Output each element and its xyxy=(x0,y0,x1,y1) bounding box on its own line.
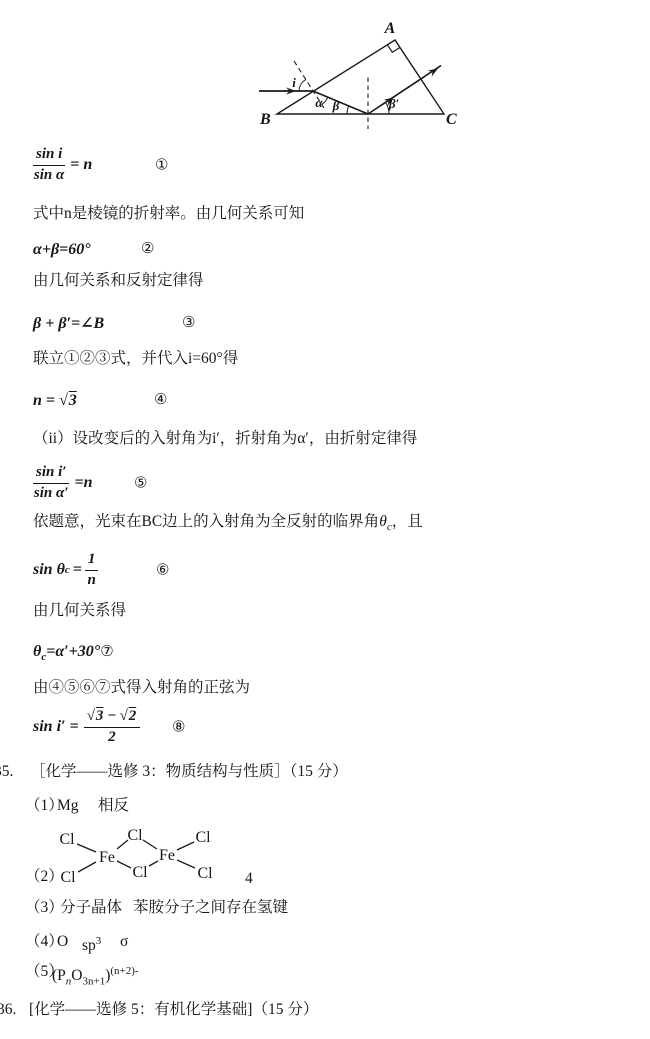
angle-beta-arc xyxy=(347,106,349,114)
bond xyxy=(149,861,158,866)
vertex-label-a: A xyxy=(384,20,396,37)
reflected-ray xyxy=(368,66,441,114)
fraction: √3−√2 2 xyxy=(84,708,141,746)
bond xyxy=(143,840,157,849)
equation-7: θc=α′+30°⑦ xyxy=(33,642,353,667)
atom-cl: Cl xyxy=(59,831,75,848)
bond xyxy=(177,842,194,850)
text-refractive-index: 式中n是棱镜的折射率。由几何关系可知 xyxy=(33,204,304,223)
bond xyxy=(117,861,131,868)
atom-fe: Fe xyxy=(99,849,115,866)
fe2cl6-structure: Cl Cl Cl Fe Fe Cl Cl Cl xyxy=(50,818,265,893)
equation-4: n =√3 ④ xyxy=(33,391,353,410)
atom-cl: Cl xyxy=(195,829,211,846)
text-critical-angle: 依题意，光束在BC边上的入射角为全反射的临界角θc，且 xyxy=(33,512,423,537)
angle-label-beta-prime: β′ xyxy=(388,96,400,111)
document-page: A B C i α β β′ sin i sin α = n ① 式中n是棱镜的… xyxy=(0,0,650,1039)
prism-diagram: A B C i α β β′ xyxy=(245,10,470,138)
equation-3: β + β′=∠B ③ xyxy=(33,314,353,333)
fraction: 1 n xyxy=(85,551,99,589)
equation-tag-2: ② xyxy=(141,240,154,259)
q35-item-2-label: （2） xyxy=(25,867,64,886)
q35-item-2-count: 4 xyxy=(245,869,253,888)
equation-tag-5: ⑤ xyxy=(134,474,147,493)
equation-tag-8: ⑧ xyxy=(172,718,185,737)
bond xyxy=(77,844,96,852)
equation-8: sin i′ = √3−√2 2 ⑧ xyxy=(33,706,353,748)
text-combine-123: 联立①②③式，并代入i=60°得 xyxy=(33,349,238,368)
text-geometry: 由几何关系得 xyxy=(33,601,126,620)
angle-i-arc xyxy=(299,80,306,91)
q35-title: ［化学——选修 3：物质结构与性质］（15 分） xyxy=(30,762,348,781)
fraction: sin i′ sin α′ xyxy=(33,464,69,502)
angle-label-i: i xyxy=(292,75,296,90)
q36-title: [化学——选修 5：有机化学基础]（15 分） xyxy=(29,1000,318,1019)
prism-triangle xyxy=(277,40,444,114)
atom-cl: Cl xyxy=(132,864,148,881)
polyphosphate-formula: (PnO3n+1)(n+2)- xyxy=(52,962,139,991)
text-part-ii: （ii）设改变后的入射角为i′，折射角为α′，由折射定律得 xyxy=(33,429,417,448)
bond xyxy=(177,860,195,868)
vertex-label-b: B xyxy=(259,111,271,128)
text-geometry-reflection: 由几何关系和反射定律得 xyxy=(33,271,204,290)
q35-number: 35. xyxy=(0,762,13,781)
bond xyxy=(78,862,96,872)
sqrt: √3 xyxy=(59,392,78,409)
equation-1: sin i sin α = n ① xyxy=(33,146,353,184)
atom-cl: Cl xyxy=(127,827,143,844)
atom-cl: Cl xyxy=(197,865,213,882)
angle-label-beta: β xyxy=(332,98,340,113)
text-combine-4567: 由④⑤⑥⑦式得入射角的正弦为 xyxy=(33,678,250,697)
fraction: sin i sin α xyxy=(33,146,65,184)
equation-tag-1: ① xyxy=(155,156,168,175)
equation-5: sin i′ sin α′ =n ⑤ xyxy=(33,464,353,502)
angle-label-alpha: α xyxy=(315,95,323,110)
atom-fe: Fe xyxy=(159,847,175,864)
equation-tag-3: ③ xyxy=(182,314,195,333)
bond xyxy=(117,840,128,849)
equation-tag-7: ⑦ xyxy=(100,644,113,660)
equation-2: α+β=60° ② xyxy=(33,240,353,259)
equation-tag-6: ⑥ xyxy=(156,561,169,580)
equation-6: sin θc = 1 n ⑥ xyxy=(33,551,353,589)
vertex-label-c: C xyxy=(446,111,457,128)
equation-tag-4: ④ xyxy=(154,391,167,410)
q36-number: 36. xyxy=(0,1000,16,1019)
